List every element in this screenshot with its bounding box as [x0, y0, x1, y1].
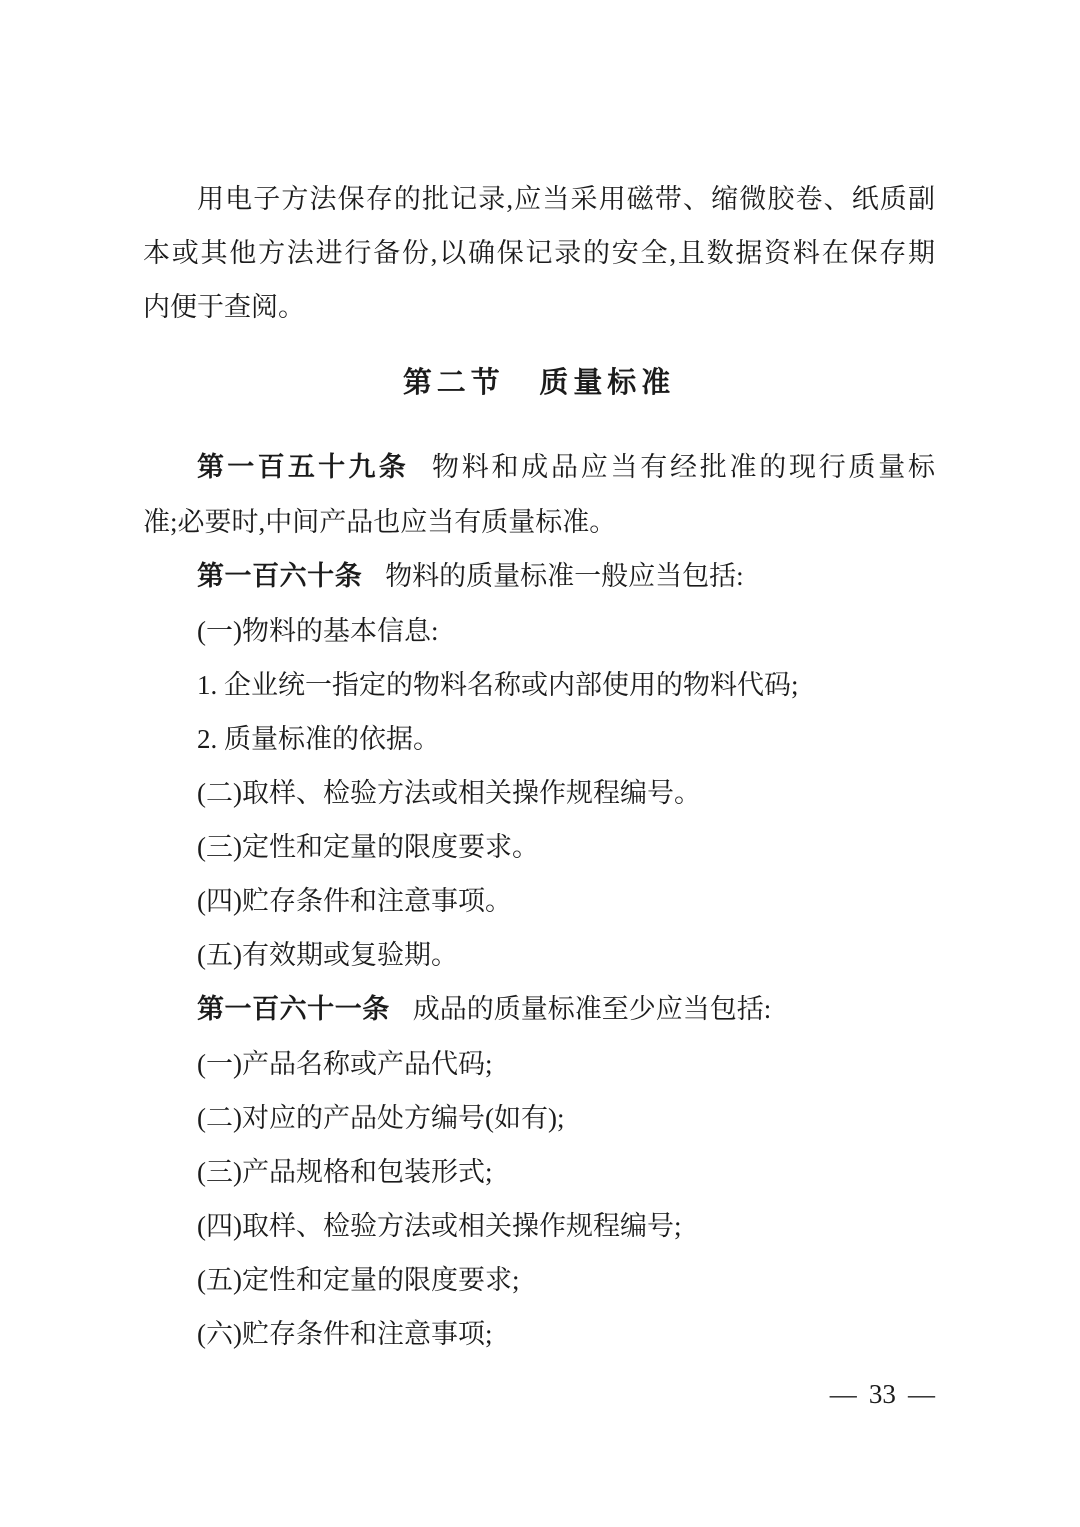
intro-paragraph-line-3: 内便于查阅。 [143, 280, 935, 334]
article-161-intro-line: 第一百六十一条成品的质量标准至少应当包括: [143, 982, 935, 1037]
list-item-161-4: (四)取样、检验方法或相关操作规程编号; [143, 1199, 935, 1253]
article-159: 第一百五十九条物料和成品应当有经批准的现行质量标 准;必要时,中间产品也应当有质… [143, 440, 935, 549]
list-item-160-5: (三)定性和定量的限度要求。 [143, 820, 935, 874]
list-item-161-2: (二)对应的产品处方编号(如有); [143, 1091, 935, 1145]
list-item-161-1: (一)产品名称或产品代码; [143, 1037, 935, 1091]
list-item-161-3: (三)产品规格和包装形式; [143, 1145, 935, 1199]
article-161-intro: 成品的质量标准至少应当包括: [413, 994, 772, 1024]
intro-paragraph-line-2: 本或其他方法进行备份,以确保记录的安全,且数据资料在保存期 [143, 226, 935, 280]
document-page: 用电子方法保存的批记录,应当采用磁带、缩微胶卷、纸质副 本或其他方法进行备份,以… [0, 0, 1080, 1527]
list-item-160-3: 2. 质量标准的依据。 [143, 712, 935, 766]
list-item-160-4: (二)取样、检验方法或相关操作规程编号。 [143, 766, 935, 820]
article-161-head: 第一百六十一条 [197, 994, 390, 1025]
section-heading: 第二节质量标准 [143, 356, 935, 410]
article-160: 第一百六十条物料的质量标准一般应当包括: (一)物料的基本信息: 1. 企业统一… [143, 549, 935, 982]
intro-paragraph: 用电子方法保存的批记录,应当采用磁带、缩微胶卷、纸质副 本或其他方法进行备份,以… [143, 172, 935, 334]
article-159-text-1: 物料和成品应当有经批准的现行质量标 [432, 452, 935, 482]
article-160-head: 第一百六十条 [197, 561, 362, 592]
article-160-intro: 物料的质量标准一般应当包括: [385, 561, 744, 591]
list-item-161-5: (五)定性和定量的限度要求; [143, 1253, 935, 1307]
article-159-head: 第一百五十九条 [197, 452, 409, 483]
page-footer: —33— [143, 1367, 935, 1421]
section-number: 第二节 [403, 367, 505, 399]
page-number: 33 [869, 1379, 896, 1409]
list-item-160-7: (五)有效期或复验期。 [143, 928, 935, 982]
article-160-intro-line: 第一百六十条物料的质量标准一般应当包括: [143, 549, 935, 604]
intro-paragraph-line-1: 用电子方法保存的批记录,应当采用磁带、缩微胶卷、纸质副 [143, 172, 935, 226]
list-item-160-2: 1. 企业统一指定的物料名称或内部使用的物料代码; [143, 658, 935, 712]
article-161: 第一百六十一条成品的质量标准至少应当包括: (一)产品名称或产品代码; (二)对… [143, 982, 935, 1361]
article-159-line-1: 第一百五十九条物料和成品应当有经批准的现行质量标 [143, 440, 935, 495]
list-item-160-6: (四)贮存条件和注意事项。 [143, 874, 935, 928]
list-item-161-6: (六)贮存条件和注意事项; [143, 1307, 935, 1361]
list-item-160-1: (一)物料的基本信息: [143, 604, 935, 658]
article-159-line-2: 准;必要时,中间产品也应当有质量标准。 [143, 495, 935, 549]
footer-dash-left: — [830, 1379, 857, 1409]
section-title: 质量标准 [539, 367, 675, 399]
footer-dash-right: — [908, 1379, 935, 1409]
